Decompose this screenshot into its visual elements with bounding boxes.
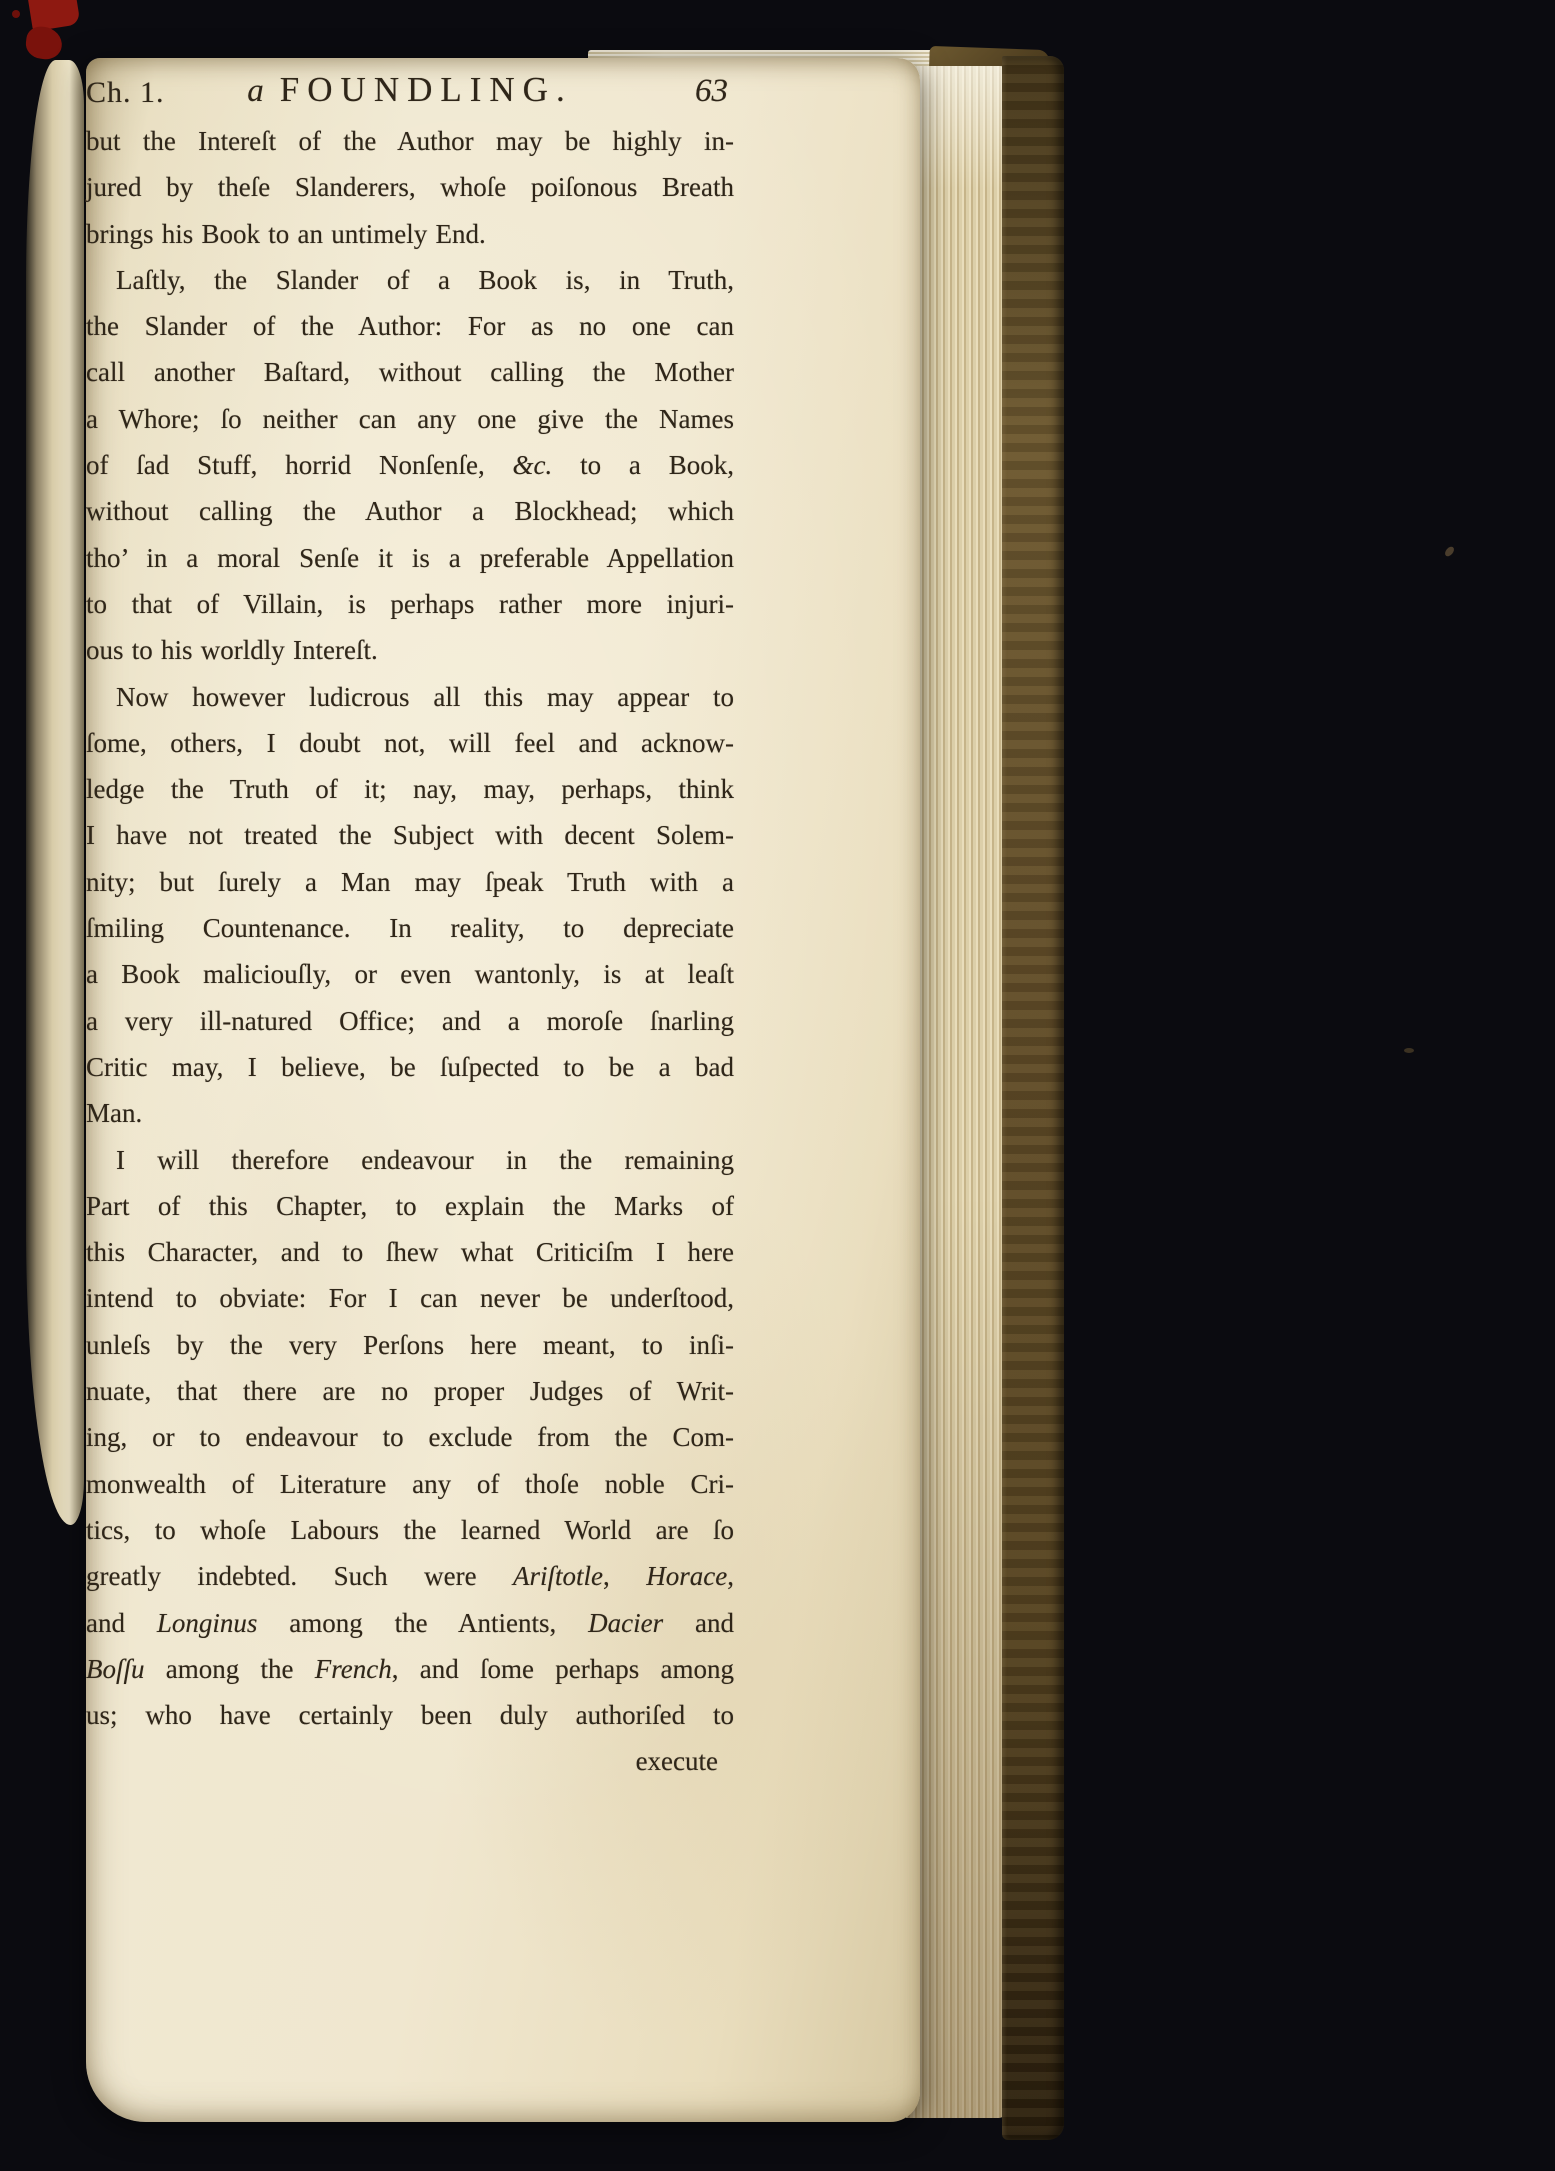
running-header: Ch. 1. aFOUNDLING. 63: [86, 58, 734, 110]
text-line: tics, to whoſe Labours the learned World…: [86, 1507, 734, 1553]
text-line: ledge the Truth of it; nay, may, perhaps…: [86, 766, 734, 812]
text-line: the Slander of the Author: For as no one…: [86, 303, 734, 349]
facing-page-edge: [26, 60, 84, 1525]
running-title: aFOUNDLING.: [247, 70, 572, 110]
text-line: call another Baſtard, without calling th…: [86, 349, 734, 395]
text-line: of ſad Stuff, horrid Nonſenſe, &c. to a …: [86, 442, 734, 488]
book-photo: Ch. 1. aFOUNDLING. 63 but the Intereſt o…: [0, 0, 1555, 2171]
text-line: jured by theſe Slanderers, whoſe poiſono…: [86, 164, 734, 210]
running-title-caps: FOUNDLING.: [280, 70, 573, 109]
text-line: a very ill-natured Office; and a moroſe …: [86, 998, 734, 1044]
text-line: unleſs by the very Perſons here meant, t…: [86, 1322, 734, 1368]
text-line: a Whore; ſo neither can any one give the…: [86, 396, 734, 442]
text-line: tho’ in a moral Senſe it is a preferable…: [86, 535, 734, 581]
text-line: Boſſu among the French, and ſome perhaps…: [86, 1646, 734, 1692]
catchword: execute: [86, 1738, 734, 1784]
page-number: 63: [695, 73, 728, 110]
text-line: to that of Villain, is perhaps rather mo…: [86, 581, 734, 627]
running-title-article: a: [247, 73, 264, 109]
text-line: ous to his worldly Intereſt.: [86, 627, 734, 673]
book-page: Ch. 1. aFOUNDLING. 63 but the Intereſt o…: [86, 58, 920, 2122]
text-line: and Longinus among the Antients, Dacier …: [86, 1600, 734, 1646]
text-line: nuate, that there are no proper Judges o…: [86, 1368, 734, 1414]
text-line: Now however ludicrous all this may appea…: [86, 674, 734, 720]
text-line: Laſtly, the Slander of a Book is, in Tru…: [86, 257, 734, 303]
text-line: nity; but ſurely a Man may ſpeak Truth w…: [86, 859, 734, 905]
red-spine-label: [24, 25, 64, 61]
text-line: monwealth of Literature any of thoſe nob…: [86, 1461, 734, 1507]
text-line: greatly indebted. Such were Ariſtotle, H…: [86, 1553, 734, 1599]
page-text: Ch. 1. aFOUNDLING. 63 but the Intereſt o…: [86, 58, 734, 1784]
book-spine-binding: [1002, 56, 1064, 2140]
text-line: intend to obviate: For I can never be un…: [86, 1275, 734, 1321]
paragraph: I will therefore endeavour in the remain…: [86, 1137, 734, 1739]
text-line: ſmiling Countenance. In reality, to depr…: [86, 905, 734, 951]
text-line: I have not treated the Subject with dece…: [86, 812, 734, 858]
paragraph: Laſtly, the Slander of a Book is, in Tru…: [86, 257, 734, 674]
fore-edge-page-stack: [906, 66, 1008, 2118]
paragraph: but the Intereſt of the Author may be hi…: [86, 118, 734, 257]
text-line: but the Intereſt of the Author may be hi…: [86, 118, 734, 164]
text-line: ſome, others, I doubt not, will feel and…: [86, 720, 734, 766]
dust-speck: [1404, 1048, 1414, 1053]
text-line: ing, or to endeavour to exclude from the…: [86, 1414, 734, 1460]
text-line: a Book maliciouſly, or even wantonly, is…: [86, 951, 734, 997]
red-spine-label: [12, 10, 20, 18]
chapter-label: Ch. 1.: [86, 76, 165, 110]
text-line: this Character, and to ſhew what Critici…: [86, 1229, 734, 1275]
text-line: Man.: [86, 1090, 734, 1136]
text-line: brings his Book to an untimely End.: [86, 211, 734, 257]
text-line: I will therefore endeavour in the remain…: [86, 1137, 734, 1183]
paragraph: Now however ludicrous all this may appea…: [86, 674, 734, 1137]
text-line: without calling the Author a Blockhead; …: [86, 488, 734, 534]
text-line: Critic may, I believe, be ſuſpected to b…: [86, 1044, 734, 1090]
dust-speck: [1443, 545, 1455, 558]
text-line: Part of this Chapter, to explain the Mar…: [86, 1183, 734, 1229]
text-line: us; who have certainly been duly authori…: [86, 1692, 734, 1738]
page-body: but the Intereſt of the Author may be hi…: [86, 118, 734, 1738]
